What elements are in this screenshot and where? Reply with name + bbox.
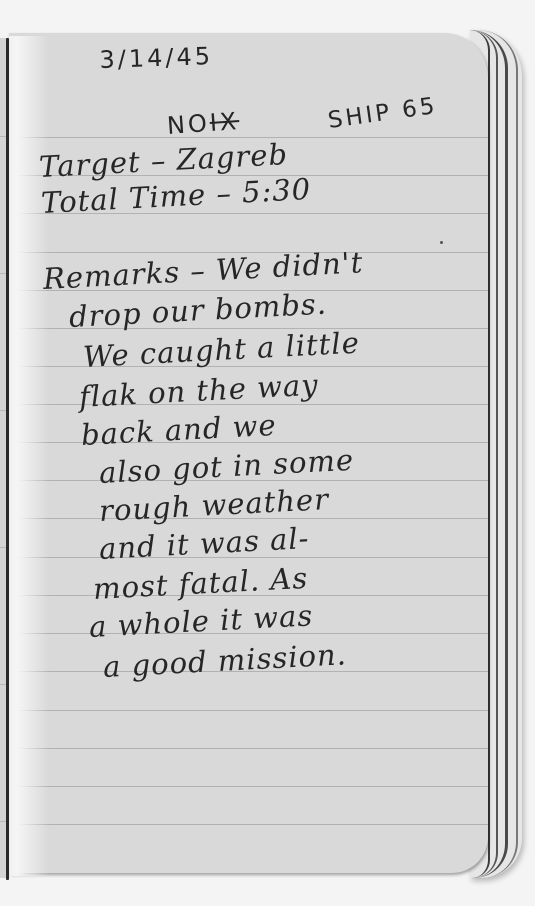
ruled-line [9, 824, 488, 825]
ruled-line [9, 748, 488, 749]
ruled-line [9, 710, 488, 711]
ruled-line [9, 366, 488, 367]
paper-speck [440, 241, 443, 244]
mission-number: NOIX [166, 107, 240, 140]
mission-number-label: NO [166, 109, 211, 140]
ruled-line [9, 137, 488, 138]
ruled-line [9, 786, 488, 787]
entry-date: 3/14/45 [99, 42, 213, 74]
mission-number-value: IX [209, 107, 240, 137]
